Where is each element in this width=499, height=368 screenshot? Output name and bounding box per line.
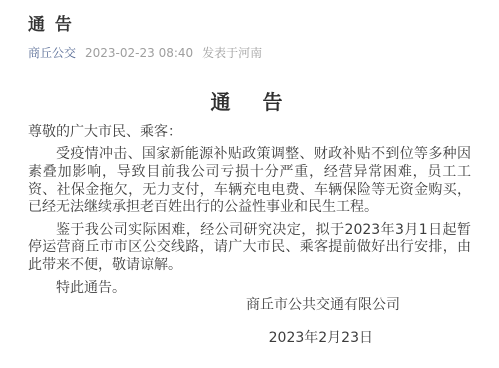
signature-block: 商丘市公共交通有限公司 2023年2月23日 [28,296,471,347]
signature-date: 2023年2月23日 [28,329,471,347]
article-meta: 商丘公交 2023-02-23 08:40 发表于河南 [28,45,471,62]
page-title: 通 告 [28,14,471,36]
publish-location: 发表于河南 [202,45,262,62]
closing-line: 特此通告。 [28,280,471,298]
body-paragraph: 受疫情冲击、国家新能源补贴政策调整、财政补贴不到位等多种因素叠加影响，导致目前我… [28,146,471,216]
document-body: 尊敬的广大市民、乘客： 受疫情冲击、国家新能源补贴政策调整、财政补贴不到位等多种… [28,124,471,297]
publish-timestamp: 2023-02-23 08:40 [85,45,193,62]
signature-company: 商丘市公共交通有限公司 [28,296,471,314]
greeting-line: 尊敬的广大市民、乘客： [28,124,471,142]
account-name-link[interactable]: 商丘公交 [28,45,76,62]
article-page: 通 告 商丘公交 2023-02-23 08:40 发表于河南 通 告 尊敬的广… [0,0,499,368]
body-paragraph: 鉴于我公司实际困难，经公司研究决定，拟于2023年3月1日起暂停运营商丘市市区公… [28,222,471,275]
document-title: 通 告 [28,90,471,114]
